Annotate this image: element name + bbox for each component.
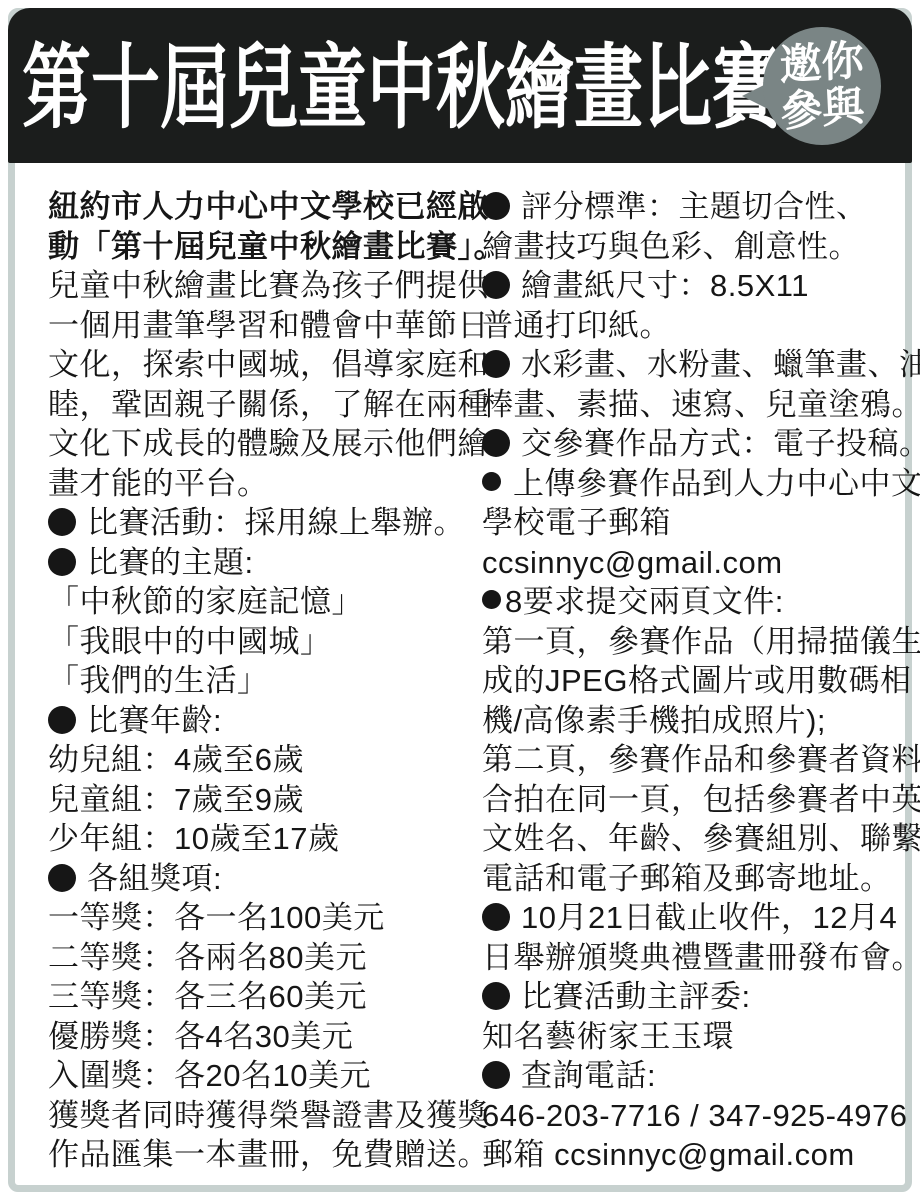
line-text: 優勝獎：各4名30美元	[48, 1019, 353, 1054]
line-text: 交參賽作品方式：電子投稿。	[521, 426, 920, 461]
left-column: 紐約市人力中心中文學校已經啟動「第十屆兒童中秋繪畫比賽」。兒童中秋繪畫比賽為孩子…	[48, 187, 462, 1175]
bullet-icon	[482, 982, 510, 1010]
text-line: 第二頁，參賽作品和參賽者資料	[482, 740, 906, 780]
text-line: 「我們的生活」	[48, 661, 462, 701]
line-text: 電話和電子郵箱及郵寄地址。	[482, 861, 892, 896]
line-text: ccsinnyc@gmail.com	[482, 545, 783, 580]
text-line: 「我眼中的中國城」	[48, 622, 462, 662]
line-text: 繪畫紙尺寸：8.5X11	[521, 268, 809, 303]
line-text: 幼兒組：4歲至6歲	[48, 742, 304, 777]
text-line: 比賽年齡:	[48, 701, 462, 741]
text-line: 查詢電話:	[482, 1056, 906, 1096]
text-line: 比賽活動主評委:	[482, 977, 906, 1017]
line-text: 日舉辦頒獎典禮暨畫冊發布會。	[482, 940, 920, 975]
text-line: 紐約市人力中心中文學校已經啟	[48, 187, 462, 227]
text-line: 文化下成長的體驗及展示他們繪	[48, 424, 462, 464]
line-text: 知名藝術家王玉環	[482, 1019, 734, 1054]
bullet-icon	[482, 271, 510, 299]
bullet-icon	[482, 429, 510, 457]
line-text: 「我眼中的中國城」	[48, 624, 332, 659]
text-line: 少年組：10歲至17歲	[48, 819, 462, 859]
line-text: 三等獎：各三名60美元	[48, 979, 367, 1014]
line-text: 第一頁，參賽作品（用掃描儀生	[482, 624, 920, 659]
text-line: 優勝獎：各4名30美元	[48, 1017, 462, 1057]
line-text: 比賽活動：採用線上舉辦。	[87, 505, 465, 540]
line-text: 文化下成長的體驗及展示他們繪	[48, 426, 489, 461]
line-text: 繪畫技巧與色彩、創意性。	[482, 229, 860, 264]
text-line: 水彩畫、水粉畫、蠟筆畫、油	[482, 345, 906, 385]
text-line: 作品匯集一本畫冊，免費贈送。	[48, 1135, 462, 1175]
line-text: 機/高像素手機拍成照片);	[482, 703, 826, 738]
flyer-title: 第十屆兒童中秋繪畫比賽	[22, 14, 781, 146]
text-line: 幼兒組：4歲至6歲	[48, 740, 462, 780]
text-line: 「中秋節的家庭記憶」	[48, 582, 462, 622]
text-line: 獲獎者同時獲得榮譽證書及獲獎	[48, 1096, 462, 1136]
line-text: 比賽的主題:	[87, 545, 254, 580]
text-line: 三等獎：各三名60美元	[48, 977, 462, 1017]
text-line: 成的JPEG格式圖片或用數碼相	[482, 661, 906, 701]
line-text: 「中秋節的家庭記憶」	[48, 584, 363, 619]
line-text: 成的JPEG格式圖片或用數碼相	[482, 663, 911, 698]
flyer: 第十屆兒童中秋繪畫比賽 邀你 參與 紐約市人力中心中文學校已經啟動「第十屆兒童中…	[8, 8, 912, 1192]
text-line: 文姓名、年齡、參賽組別、聯繫	[482, 819, 906, 859]
text-line: 各組獎項:	[48, 859, 462, 899]
text-line: 入圍獎：各20名10美元	[48, 1056, 462, 1096]
line-text: 合拍在同一頁，包括參賽者中英	[482, 782, 920, 817]
text-line: 10月21日截止收件，12月4	[482, 898, 906, 938]
line-text: 第二頁，參賽作品和參賽者資料	[482, 742, 920, 777]
line-text: 兒童中秋繪畫比賽為孩子們提供	[48, 268, 489, 303]
line-text: 比賽活動主評委:	[521, 979, 751, 1014]
bullet-icon	[48, 548, 76, 576]
text-line: 評分標準：主題切合性、	[482, 187, 906, 227]
bullet-icon	[48, 706, 76, 734]
line-text: 普通打印紙。	[482, 308, 671, 343]
text-line: 普通打印紙。	[482, 306, 906, 346]
line-text: 睦，鞏固親子關係，了解在兩種	[48, 387, 489, 422]
line-text: 獲獎者同時獲得榮譽證書及獲獎	[48, 1098, 489, 1133]
right-column: 評分標準：主題切合性、繪畫技巧與色彩、創意性。繪畫紙尺寸：8.5X11普通打印紙…	[482, 187, 906, 1175]
bullet-icon	[482, 590, 501, 609]
line-text: 各組獎項:	[87, 861, 222, 896]
line-text: 一個用畫筆學習和體會中華節日	[48, 308, 489, 343]
line-text: 棒畫、素描、速寫、兒童塗鴉。	[482, 387, 920, 422]
text-line: 8要求提交兩頁文件:	[482, 582, 906, 622]
text-line: 一個用畫筆學習和體會中華節日	[48, 306, 462, 346]
line-text: 8要求提交兩頁文件:	[505, 584, 784, 619]
text-line: 知名藝術家王玉環	[482, 1017, 906, 1057]
invite-badge-text: 邀你 參與	[779, 37, 864, 135]
bullet-icon	[48, 864, 76, 892]
text-line: 棒畫、素描、速寫、兒童塗鴉。	[482, 385, 906, 425]
line-text: 紐約市人力中心中文學校已經啟	[48, 189, 489, 224]
invite-badge-line1: 邀你	[779, 37, 864, 89]
line-text: 查詢電話:	[521, 1058, 656, 1093]
text-line: 機/高像素手機拍成照片);	[482, 701, 906, 741]
text-line: 畫才能的平台。	[48, 464, 462, 504]
line-text: 上傳參賽作品到人力中心中文	[513, 466, 920, 501]
bullet-icon	[482, 472, 501, 491]
line-text: 文化，探索中國城，倡導家庭和	[48, 347, 489, 382]
text-line: 交參賽作品方式：電子投稿。	[482, 424, 906, 464]
line-text: 文姓名、年齡、參賽組別、聯繫	[482, 821, 920, 856]
text-line: 日舉辦頒獎典禮暨畫冊發布會。	[482, 938, 906, 978]
line-text: 動「第十屆兒童中秋繪畫比賽」。	[48, 229, 505, 264]
text-line: 郵箱 ccsinnyc@gmail.com	[482, 1135, 906, 1175]
text-line: 646-203-7716 / 347-925-4976	[482, 1096, 906, 1136]
text-line: 第一頁，參賽作品（用掃描儀生	[482, 622, 906, 662]
text-line: 二等獎：各兩名80美元	[48, 938, 462, 978]
text-line: 一等獎：各一名100美元	[48, 898, 462, 938]
line-text: 10月21日截止收件，12月4	[521, 900, 897, 935]
line-text: 一等獎：各一名100美元	[48, 900, 385, 935]
bullet-icon	[48, 508, 76, 536]
text-line: 比賽的主題:	[48, 543, 462, 583]
line-text: 646-203-7716 / 347-925-4976	[482, 1098, 907, 1133]
line-text: 作品匯集一本畫冊，免費贈送。	[48, 1137, 489, 1172]
line-text: 少年組：10歲至17歲	[48, 821, 339, 856]
line-text: 二等獎：各兩名80美元	[48, 940, 367, 975]
bullet-icon	[482, 1061, 510, 1089]
bullet-icon	[482, 350, 510, 378]
bullet-icon	[482, 192, 510, 220]
invite-badge-line2: 參與	[780, 83, 865, 135]
text-line: 兒童組：7歲至9歲	[48, 780, 462, 820]
text-line: 繪畫技巧與色彩、創意性。	[482, 227, 906, 267]
line-text: 「我們的生活」	[48, 663, 269, 698]
text-line: 上傳參賽作品到人力中心中文	[482, 464, 906, 504]
line-text: 水彩畫、水粉畫、蠟筆畫、油	[521, 347, 920, 382]
text-line: 兒童中秋繪畫比賽為孩子們提供	[48, 266, 462, 306]
flyer-header: 第十屆兒童中秋繪畫比賽 邀你 參與	[8, 8, 912, 163]
line-text: 畫才能的平台。	[48, 466, 269, 501]
line-text: 入圍獎：各20名10美元	[48, 1058, 371, 1093]
text-line: 繪畫紙尺寸：8.5X11	[482, 266, 906, 306]
line-text: 兒童組：7歲至9歲	[48, 782, 304, 817]
line-text: 評分標準：主題切合性、	[521, 189, 868, 224]
line-text: 比賽年齡:	[87, 703, 222, 738]
line-text: 郵箱 ccsinnyc@gmail.com	[482, 1137, 855, 1172]
text-line: 學校電子郵箱	[482, 503, 906, 543]
text-line: 動「第十屆兒童中秋繪畫比賽」。	[48, 227, 462, 267]
bullet-icon	[482, 903, 510, 931]
invite-badge: 邀你 參與	[763, 27, 881, 145]
text-line: 合拍在同一頁，包括參賽者中英	[482, 780, 906, 820]
text-line: ccsinnyc@gmail.com	[482, 543, 906, 583]
text-line: 比賽活動：採用線上舉辦。	[48, 503, 462, 543]
text-line: 電話和電子郵箱及郵寄地址。	[482, 859, 906, 899]
text-line: 文化，探索中國城，倡導家庭和	[48, 345, 462, 385]
line-text: 學校電子郵箱	[482, 505, 671, 540]
text-line: 睦，鞏固親子關係，了解在兩種	[48, 385, 462, 425]
